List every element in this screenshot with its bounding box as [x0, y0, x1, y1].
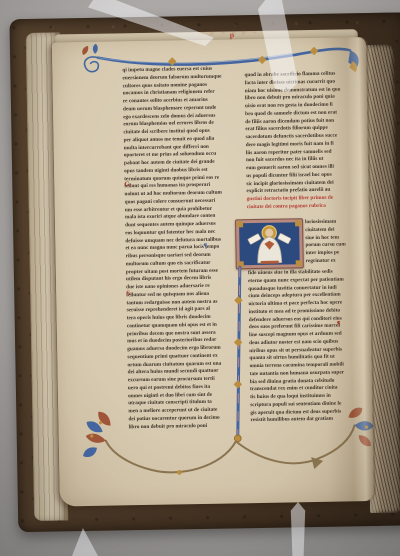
open-book: u p u u p u p qi impetu magne clades eue… — [0, 0, 400, 556]
border-flourish-decoration — [52, 37, 374, 506]
manuscript-photograph: u p u u p u p qi impetu magne clades eue… — [0, 0, 400, 556]
page-holder-strap-bottom-center — [290, 502, 306, 556]
bottom-vine-left — [106, 438, 237, 473]
left-curl — [84, 57, 98, 72]
initial-tail-bar — [235, 267, 243, 437]
running-title-red-mark: p — [230, 30, 235, 39]
bottom-vine-right — [236, 425, 356, 464]
manuscript-page: u p u u p u p qi impetu magne clades eue… — [52, 37, 374, 506]
